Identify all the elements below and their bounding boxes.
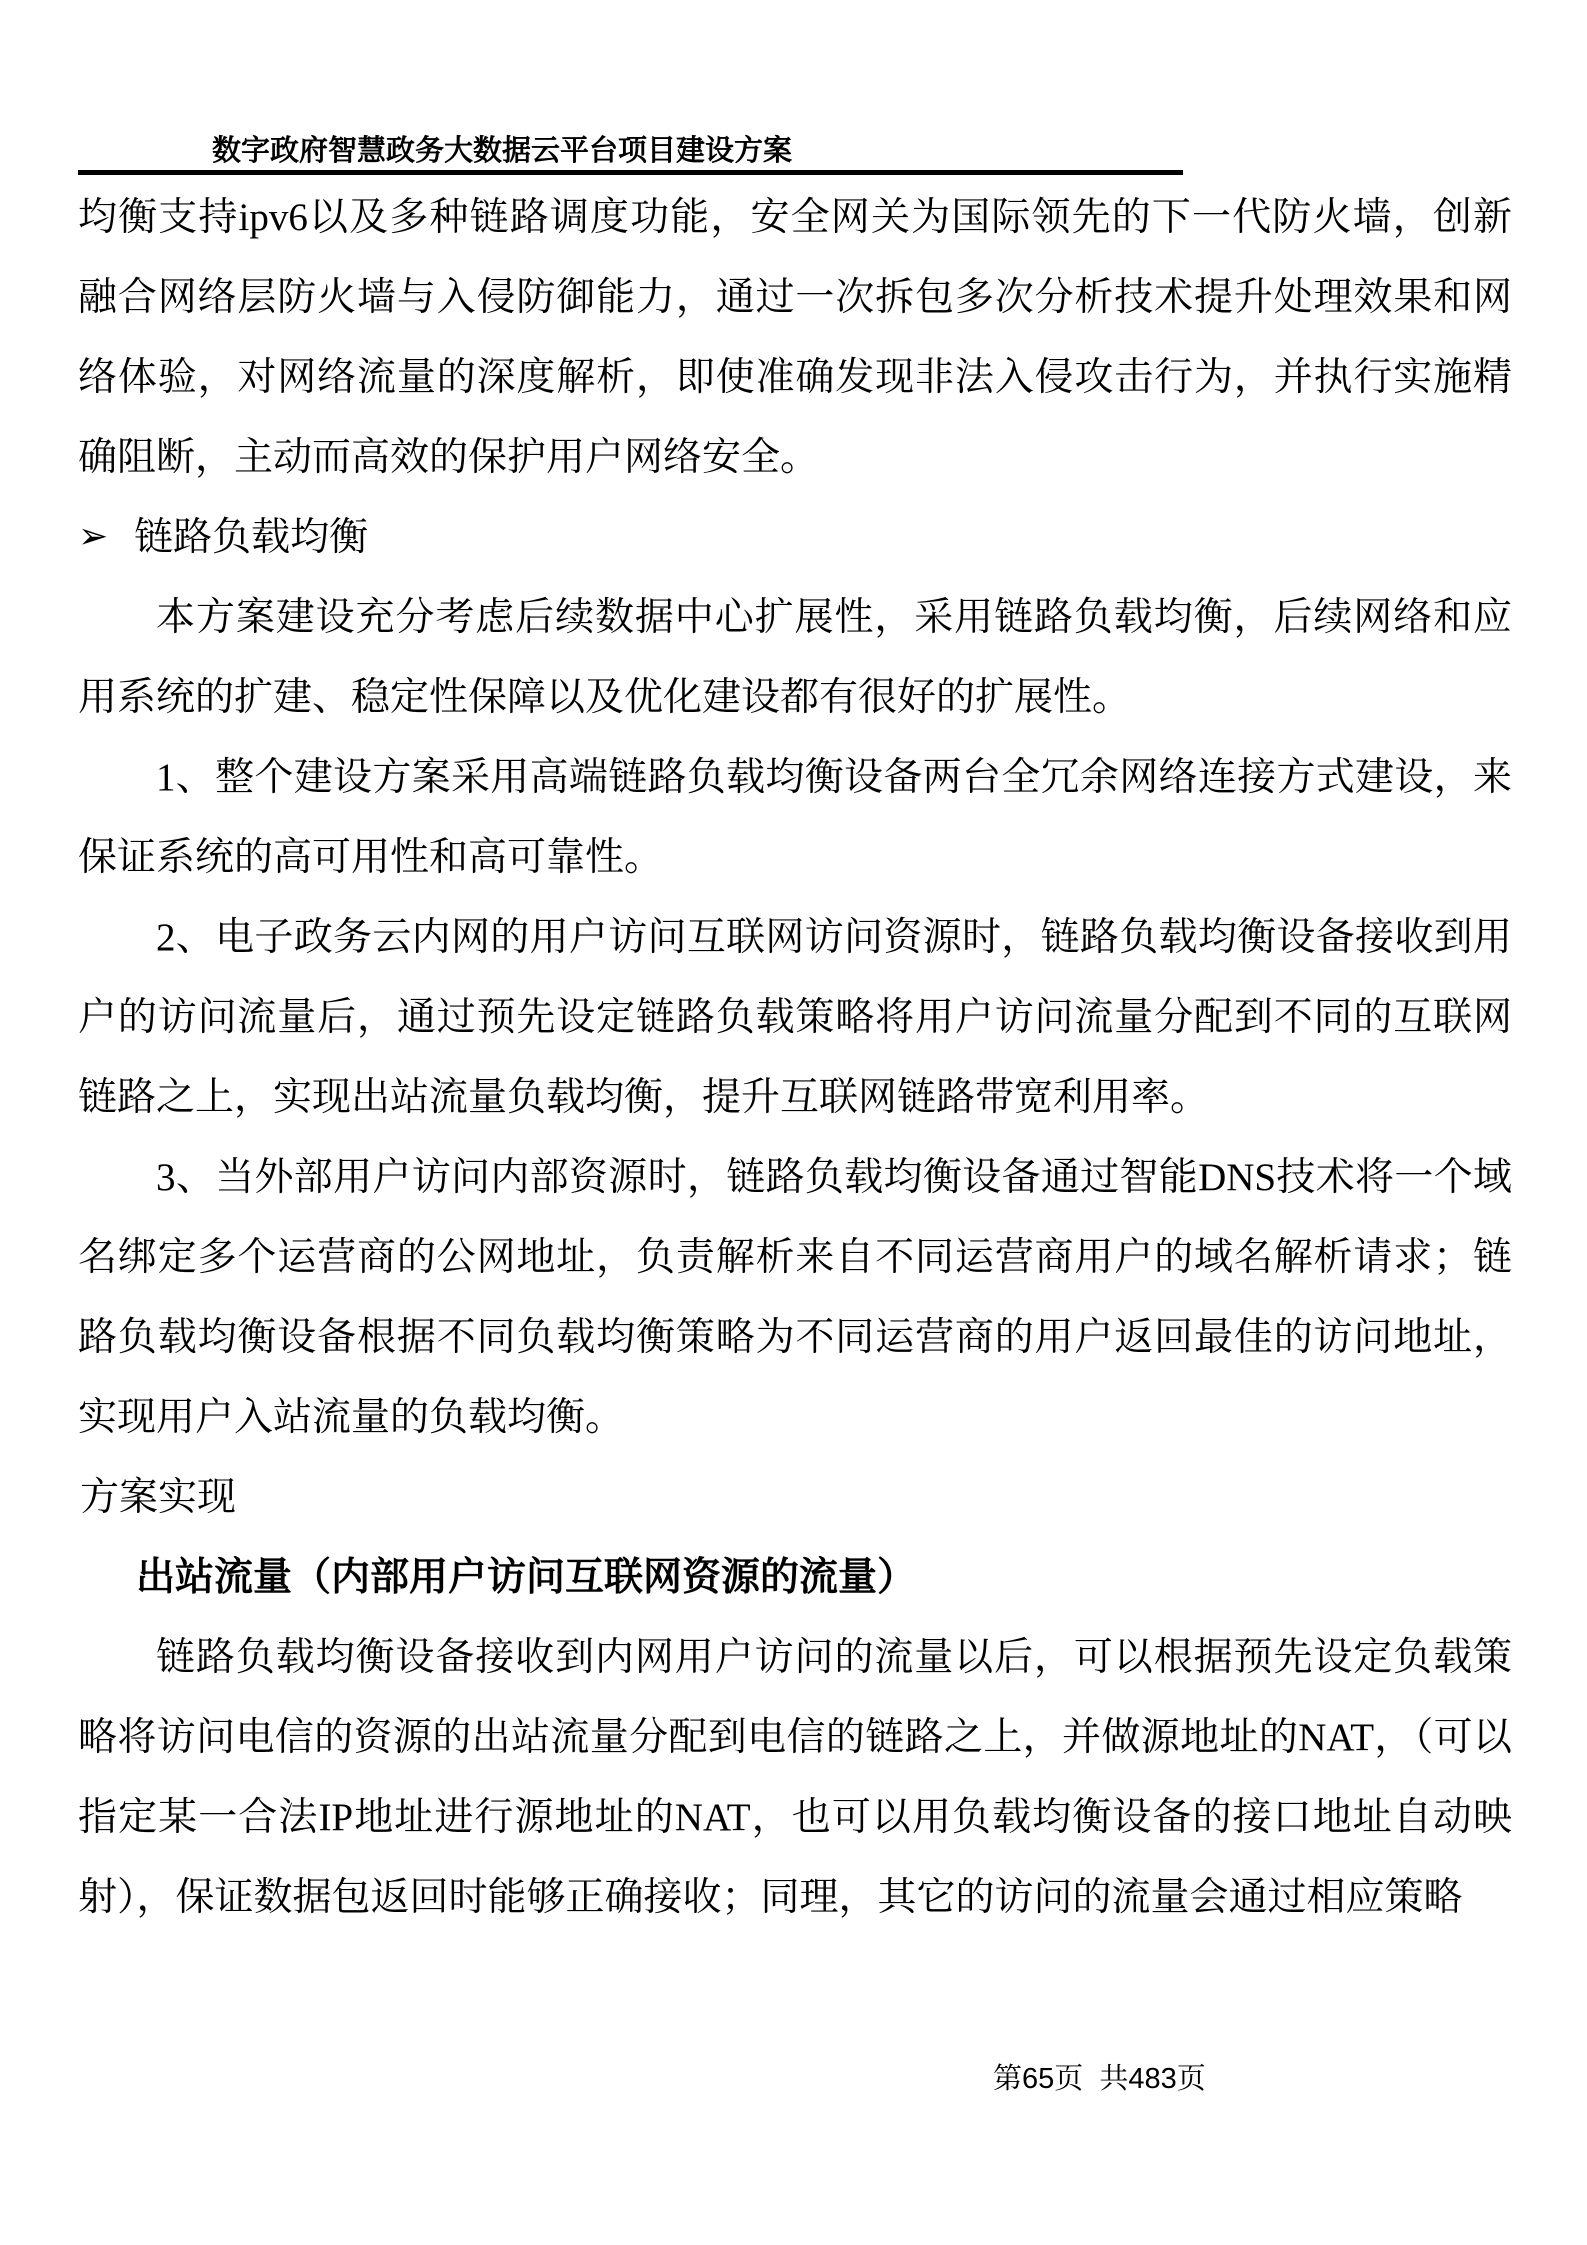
bullet-list-item: ➢链路负载均衡: [78, 498, 1512, 578]
document-body: 均衡支持ipv6以及多种链路调度功能，安全网关为国际领先的下一代防火墙，创新融合…: [78, 178, 1512, 1938]
subsection-heading: 出站流量（内部用户访问互联网资源的流量）: [78, 1538, 1512, 1618]
body-paragraph: 链路负载均衡设备接收到内网用户访问的流量以后，可以根据预先设定负载策略将访问电信…: [78, 1618, 1512, 1938]
body-paragraph: 本方案建设充分考虑后续数据中心扩展性，采用链路负载均衡，后续网络和应用系统的扩建…: [78, 578, 1512, 738]
body-paragraph: 1、整个建设方案采用高端链路负载均衡设备两台全冗余网络连接方式建设，来保证系统的…: [78, 738, 1512, 898]
page-number-footer: 第65页 共483页: [993, 2056, 1206, 2097]
header-divider-rule: [78, 170, 1183, 175]
arrow-bullet-icon: ➢: [78, 496, 108, 576]
body-paragraph: 3、当外部用户访问内部资源时，链路负载均衡设备通过智能DNS技术将一个域名绑定多…: [78, 1138, 1512, 1458]
body-paragraph: 均衡支持ipv6以及多种链路调度功能，安全网关为国际领先的下一代防火墙，创新融合…: [78, 178, 1512, 498]
document-header-title: 数字政府智慧政务大数据云平台项目建设方案: [212, 128, 792, 169]
document-page: 数字政府智慧政务大数据云平台项目建设方案 均衡支持ipv6以及多种链路调度功能，…: [0, 0, 1587, 2245]
body-paragraph: 2、电子政务云内网的用户访问互联网访问资源时，链路负载均衡设备接收到用户的访问流…: [78, 898, 1512, 1138]
bullet-item-label: 链路负载均衡: [134, 516, 368, 559]
section-label: 方案实现: [78, 1458, 1512, 1538]
